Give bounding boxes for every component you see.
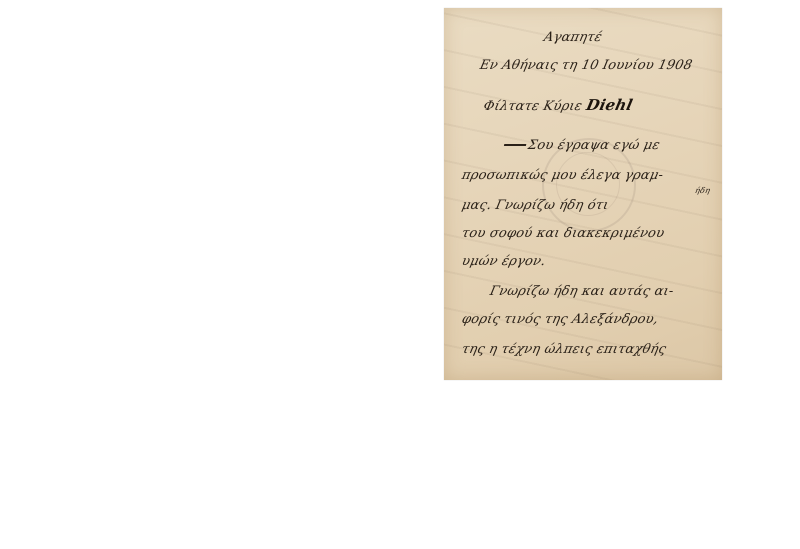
letter-body-line: υμών έργον. <box>460 254 547 269</box>
salutation-text: Φίλτατε Κύριε <box>482 99 583 114</box>
letter-salutation: Φίλτατε Κύριε Diehl <box>482 96 634 114</box>
paragraph-dash <box>504 144 526 146</box>
addressee-name: Diehl <box>585 96 635 114</box>
letter-date-line: Εν Αθήναις τη 10 Ιουνίου 1908 <box>478 58 693 73</box>
letter-body-line: της η τέχνη ώλπεις επιταχθής <box>460 342 667 357</box>
letter-body-line: του σοφού και διακεκριμένου <box>460 226 665 241</box>
letter-body-line: μας. Γνωρίζω ήδη ότι ήδη <box>460 198 610 213</box>
letter-heading: Αγαπητέ <box>542 30 603 45</box>
letter-body-line: φορίς τινός της Αλεξάνδρου, <box>460 312 659 327</box>
line-text: μας. Γνωρίζω ήδη ότι <box>460 198 610 213</box>
handwritten-letter-page: Αγαπητέ Εν Αθήναις τη 10 Ιουνίου 1908 Φί… <box>444 8 722 380</box>
letter-body-line: Γνωρίζω ήδη και αυτάς αι- <box>488 284 675 299</box>
letter-body-line: Σου έγραψα εγώ με <box>502 138 661 153</box>
line-text: Σου έγραψα εγώ με <box>526 138 661 153</box>
letter-body-line: προσωπικώς μου έλεγα γραμ- <box>460 168 664 183</box>
superscript-note: ήδη <box>694 186 711 195</box>
